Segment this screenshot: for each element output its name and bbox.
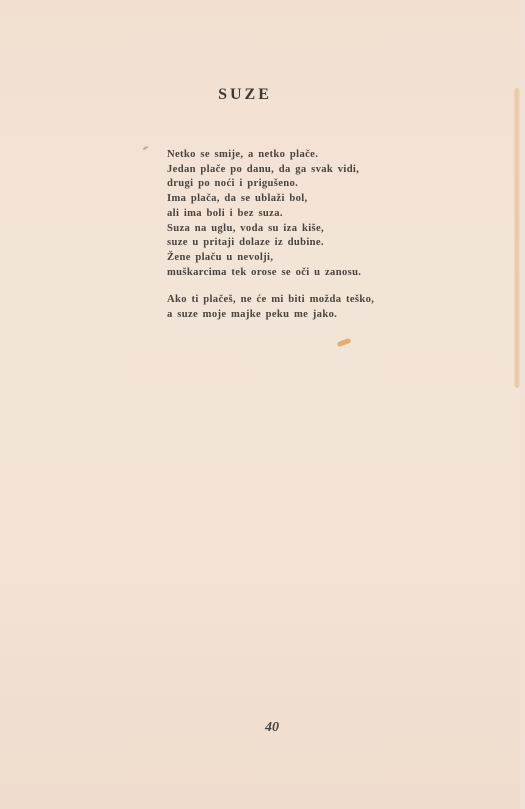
poem-line: Žene plaču u nevolji, (167, 251, 374, 266)
poem-line: Suza na uglu, voda su iza kiše, (167, 222, 374, 237)
poem-body: Netko se smije, a netko plače. Jedan pla… (167, 148, 374, 336)
poem-line: muškarcima tek orose se oči u zanosu. (167, 266, 374, 281)
page-number: 40 (265, 720, 279, 736)
poem-line: drugi po noći i prigušeno. (167, 177, 374, 192)
poem-line: ali ima boli i bez suza. (167, 207, 374, 222)
poem-line: suze u pritaji dolaze iz dubine. (167, 236, 374, 251)
stanza-1: Netko se smije, a netko plače. Jedan pla… (167, 148, 374, 280)
poem-title: SUZE (0, 86, 490, 104)
stanza-2: Ako ti plačeš, ne će mi biti možda teško… (167, 293, 374, 322)
page-edge-shadow (520, 0, 525, 809)
poem-line: Netko se smije, a netko plače. (167, 148, 374, 163)
stain-mark (337, 338, 352, 347)
ink-mark (143, 146, 148, 150)
poem-line: a suze moje majke peku me jako. (167, 308, 374, 323)
poem-line: Ima plača, da se ublaži bol, (167, 192, 374, 207)
poem-line: Ako ti plačeš, ne će mi biti možda teško… (167, 293, 374, 308)
book-page: SUZE Netko se smije, a netko plače. Jeda… (0, 0, 525, 809)
poem-line: Jedan plače po danu, da ga svak vidi, (167, 163, 374, 178)
